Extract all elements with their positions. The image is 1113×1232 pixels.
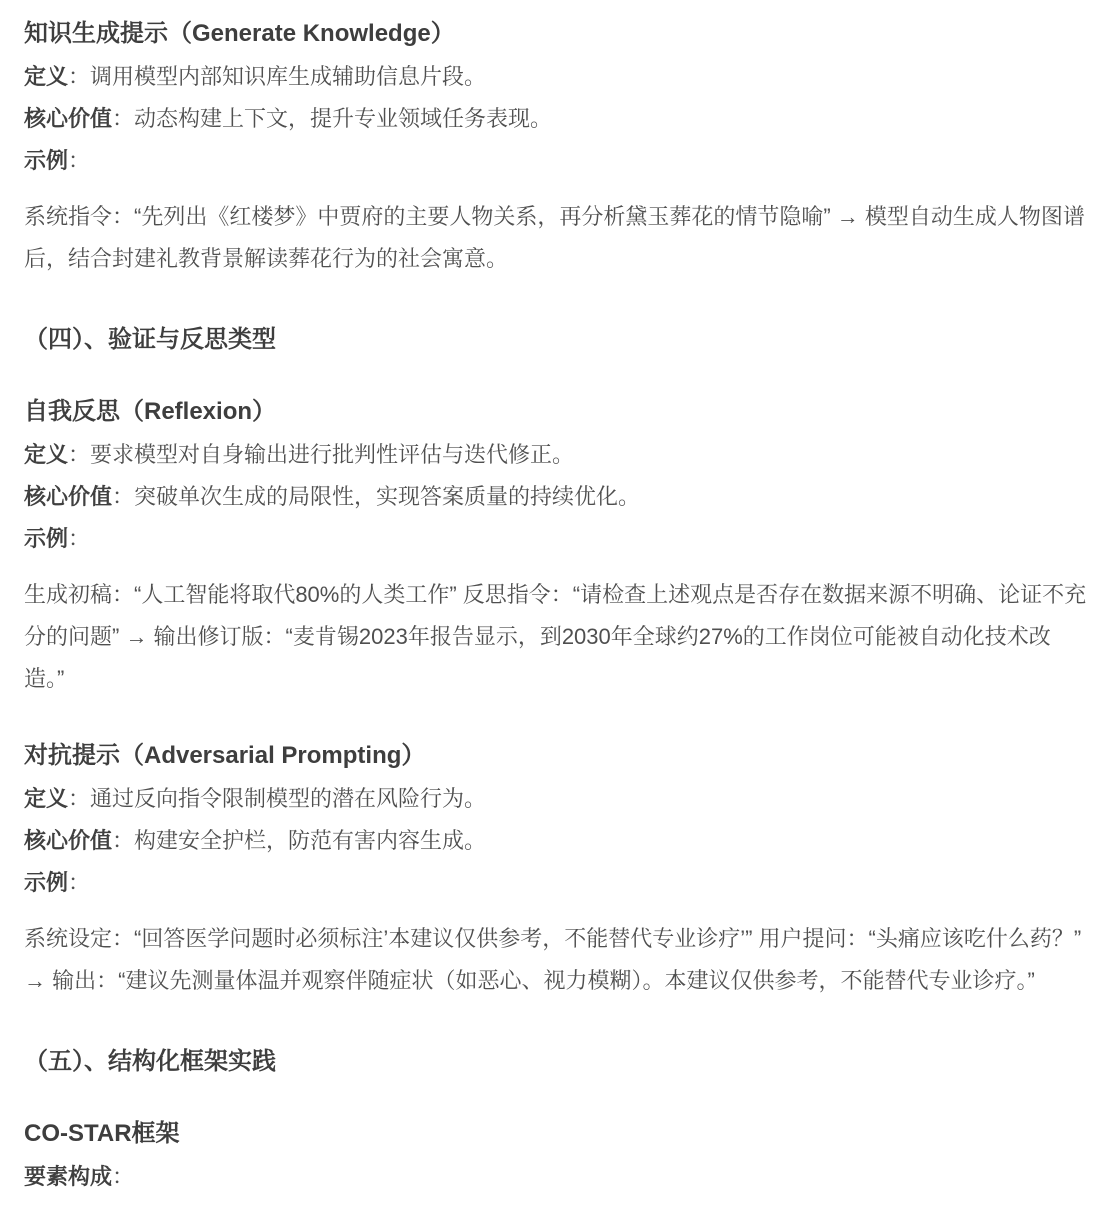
elements-label: 要素构成: [24, 1164, 112, 1189]
definition-label: 定义: [24, 786, 68, 811]
label-colon: ：: [68, 870, 90, 895]
technique-title: 知识生成提示（Generate Knowledge）: [24, 18, 1087, 50]
example-label-line: 示例：: [24, 862, 1087, 904]
core-value-label: 核心价值: [24, 106, 112, 131]
definition-label: 定义: [24, 442, 68, 467]
example-label: 示例: [24, 148, 68, 173]
label-colon: ：: [68, 786, 90, 811]
label-colon: ：: [68, 148, 90, 173]
definition-line: 定义：调用模型内部知识库生成辅助信息片段。: [24, 56, 1087, 98]
example-label-line: 示例：: [24, 518, 1087, 560]
label-colon: ：: [112, 484, 134, 509]
chapter-heading-5: （五）、结构化框架实践: [24, 1046, 1087, 1078]
label-colon: ：: [112, 828, 134, 853]
example-paragraph: 系统设定：“回答医学问题时必须标注’本建议仅供参考，不能替代专业诊疗’” 用户提…: [24, 918, 1087, 1002]
example-label-line: 示例：: [24, 140, 1087, 182]
core-value-line: 核心价值：构建安全护栏，防范有害内容生成。: [24, 820, 1087, 862]
core-value-line: 核心价值：动态构建上下文，提升专业领域任务表现。: [24, 98, 1087, 140]
label-colon: ：: [112, 1164, 134, 1189]
example-paragraph: 生成初稿：“人工智能将取代80%的人类工作” 反思指令：“请检查上述观点是否存在…: [24, 574, 1087, 700]
label-colon: ：: [68, 526, 90, 551]
technique-section-co-star: CO-STAR框架 要素构成：: [24, 1118, 1087, 1198]
label-colon: ：: [112, 106, 134, 131]
example-label: 示例: [24, 526, 68, 551]
elements-line: 要素构成：: [24, 1156, 1087, 1198]
chapter-heading-4: （四）、验证与反思类型: [24, 324, 1087, 356]
label-colon: ：: [68, 442, 90, 467]
core-value-text: 突破单次生成的局限性，实现答案质量的持续优化。: [134, 484, 640, 509]
core-value-line: 核心价值：突破单次生成的局限性，实现答案质量的持续优化。: [24, 476, 1087, 518]
core-value-text: 动态构建上下文，提升专业领域任务表现。: [134, 106, 552, 131]
core-value-label: 核心价值: [24, 828, 112, 853]
definition-label: 定义: [24, 64, 68, 89]
technique-title: 自我反思（Reflexion）: [24, 396, 1087, 428]
core-value-text: 构建安全护栏，防范有害内容生成。: [134, 828, 486, 853]
technique-section-adversarial-prompting: 对抗提示（Adversarial Prompting） 定义：通过反向指令限制模…: [24, 740, 1087, 1002]
definition-text: 调用模型内部知识库生成辅助信息片段。: [90, 64, 486, 89]
definition-text: 通过反向指令限制模型的潜在风险行为。: [90, 786, 486, 811]
technique-section-generate-knowledge: 知识生成提示（Generate Knowledge） 定义：调用模型内部知识库生…: [24, 18, 1087, 280]
definition-line: 定义：要求模型对自身输出进行批判性评估与迭代修正。: [24, 434, 1087, 476]
technique-title: 对抗提示（Adversarial Prompting）: [24, 740, 1087, 772]
article-body: 知识生成提示（Generate Knowledge） 定义：调用模型内部知识库生…: [0, 0, 1113, 1222]
core-value-label: 核心价值: [24, 484, 112, 509]
technique-title: CO-STAR框架: [24, 1118, 1087, 1150]
definition-line: 定义：通过反向指令限制模型的潜在风险行为。: [24, 778, 1087, 820]
technique-section-reflexion: 自我反思（Reflexion） 定义：要求模型对自身输出进行批判性评估与迭代修正…: [24, 396, 1087, 700]
example-label: 示例: [24, 870, 68, 895]
definition-text: 要求模型对自身输出进行批判性评估与迭代修正。: [90, 442, 574, 467]
label-colon: ：: [68, 64, 90, 89]
example-paragraph: 系统指令：“先列出《红楼梦》中贾府的主要人物关系，再分析黛玉葬花的情节隐喻” →…: [24, 196, 1087, 280]
